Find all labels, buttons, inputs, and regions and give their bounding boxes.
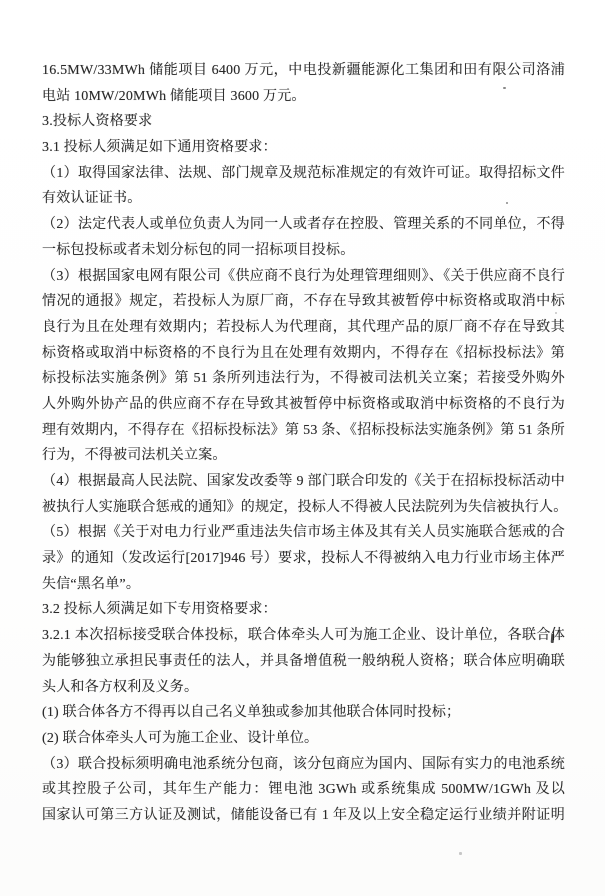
doc-line: 一标包投标或者未划分标包的同一招标项目投标。 (42, 238, 565, 264)
doc-line: （4）根据最高人民法院、国家发改委等 9 部门联合印发的《关于在招标投标活动中对… (42, 469, 565, 495)
doc-line: 理有效期内，不得存在《招标投标法》第 53 条、《招标投标法实施条例》第 51 … (42, 418, 565, 444)
doc-line: （2）法定代表人或单位负责人为同一人或者存在控股、管理关系的不同单位，不得参加同 (42, 212, 565, 238)
scan-speck (459, 852, 462, 855)
doc-line: 情况的通报》规定，若投标人为原厂商，不存在导致其被暂停中标资格或取消中标资格的不 (42, 289, 565, 315)
document-text-block: 16.5MW/33MWh 储能项目 6400 万元，中电投新疆能源化工集团和田有… (42, 58, 565, 829)
doc-line: 行为，不得被司法机关立案。 (42, 443, 565, 469)
section-heading: 3.1 投标人须满足如下通用资格要求： (42, 135, 565, 161)
doc-line: 16.5MW/33MWh 储能项目 6400 万元，中电投新疆能源化工集团和田有… (42, 58, 565, 84)
doc-line: 为能够独立承担民事责任的法人，并具备增值税一般纳税人资格；联合体应明确联合体的牵 (42, 649, 565, 675)
doc-line: 标投标法实施条例》第 51 条所列违法行为，不得被司法机关立案；若接受外购外协，… (42, 366, 565, 392)
scan-speck (506, 202, 508, 204)
doc-line: 录》的通知（发改运行[2017]946 号）要求，投标人不得被纳入电力行业市场主… (42, 546, 565, 572)
doc-line: 国家认可第三方认证及测试，储能设备已有 1 年及以上安全稳定运行业绩并附证明文件… (42, 803, 565, 829)
section-heading: 3.投标人资格要求 (42, 109, 565, 135)
scan-speck (555, 312, 557, 314)
doc-line: 电站 10MW/20MWh 储能项目 3600 万元。 (42, 84, 565, 110)
doc-line: (2) 联合体牵头人可为施工企业、设计单位。 (42, 726, 565, 752)
scan-speck (503, 87, 506, 89)
doc-line: （3）根据国家电网有限公司《供应商不良行为处理管理细则》、《关于供应商不良行为处… (42, 264, 565, 290)
document-page: 16.5MW/33MWh 储能项目 6400 万元，中电投新疆能源化工集团和田有… (0, 0, 605, 896)
doc-line: 或其控股子公司，其年生产能力：锂电池 3GWh 或系统集成 500MW/1GWh… (42, 777, 565, 803)
doc-line: 被执行人实施联合惩戒的通知》的规定，投标人不得被人民法院列为失信被执行人。 (42, 495, 565, 521)
doc-line: 标资格或取消中标资格的不良行为且在处理有效期内，不得存在《招标投标法》第 53 … (42, 341, 565, 367)
doc-line: 人外购外协产品的供应商不存在导致其被暂停中标资格或取消中标资格的不良行为且在处 (42, 392, 565, 418)
doc-line: 3.2.1 本次招标接受联合体投标，联合体牵头人可为施工企业、设计单位，各联合体… (42, 623, 565, 649)
doc-line: (1) 联合体各方不得再以自己名义单独或参加其他联合体同时投标； (42, 700, 565, 726)
doc-line: （5）根据《关于对电力行业严重违法失信市场主体及其有关人员实施联合惩戒的合作备忘 (42, 520, 565, 546)
doc-line: （1）取得国家法律、法规、部门规章及规范标准规定的有效许可证。取得招标文件要求的 (42, 161, 565, 187)
section-heading: 3.2 投标人须满足如下专用资格要求： (42, 597, 565, 623)
doc-line: （3）联合投标须明确电池系统分包商，该分包商应为国内、国际有实力的电池系统制造商 (42, 752, 565, 778)
scan-speck (551, 634, 555, 643)
doc-line: 有效认证证书。 (42, 186, 565, 212)
doc-line: 失信“黑名单”。 (42, 572, 565, 598)
doc-line: 良行为且在处理有效期内；若投标人为代理商，其代理产品的原厂商不存在导致其被暂停中 (42, 315, 565, 341)
scan-speck (552, 427, 554, 429)
doc-line: 头人和各方权利及义务。 (42, 675, 565, 701)
